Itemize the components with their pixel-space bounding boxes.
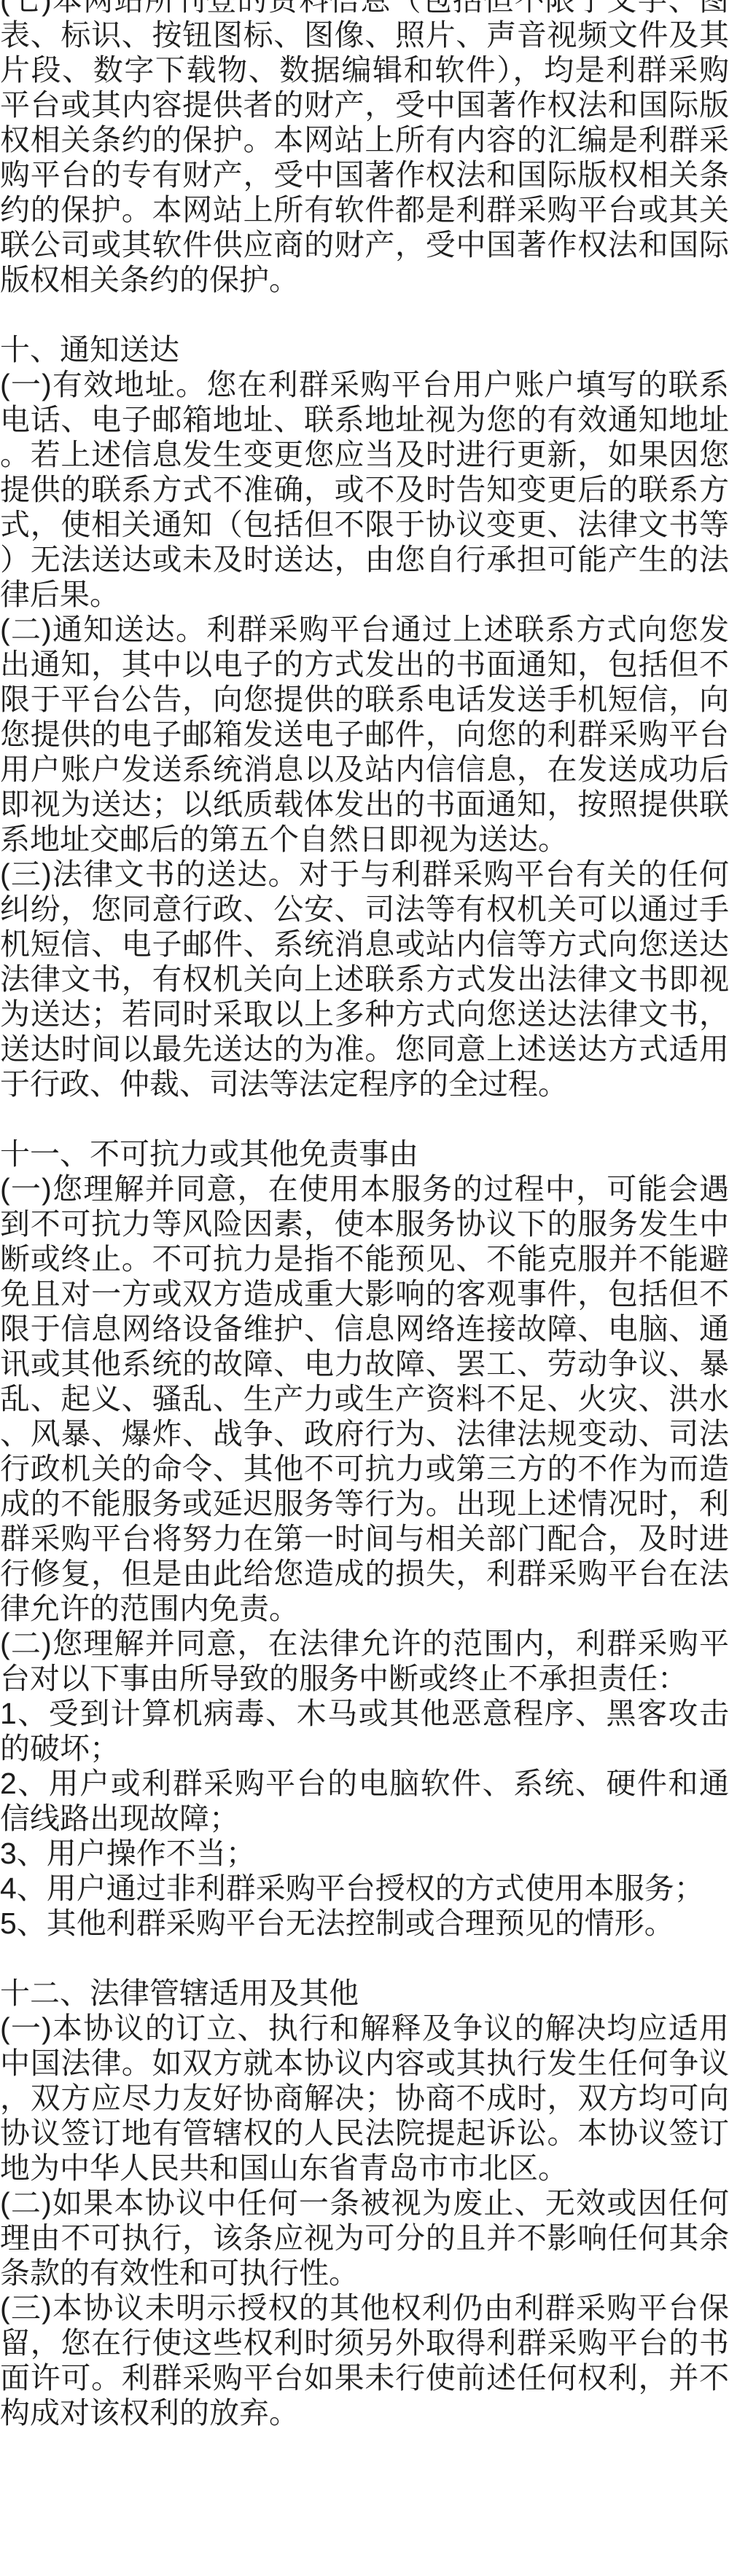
terms-list-item: 3、用户操作不当； (0, 1836, 729, 1871)
terms-paragraph: (二)您理解并同意，在法律允许的范围内，利群采购平台对以下事由所导致的服务中断或… (0, 1626, 729, 1696)
terms-list-item: 2、用户或利群采购平台的电脑软件、系统、硬件和通信线路出现故障； (0, 1766, 729, 1836)
section-heading-force-majeure: 十一、不可抗力或其他免责事由 (0, 1136, 729, 1171)
terms-page: (七)本网站所刊登的资料信息（包括但不限于文字、图表、标识、按钮图标、图像、照片… (0, 0, 729, 2576)
section-heading-notice-delivery: 十、通知送达 (0, 332, 729, 367)
terms-list-item: 4、用户通过非利群采购平台授权的方式使用本服务； (0, 1871, 729, 1906)
terms-paragraph: (二)通知送达。利群采购平台通过上述联系方式向您发出通知，其中以电子的方式发出的… (0, 612, 729, 857)
terms-paragraph: (三)法律文书的送达。对于与利群采购平台有关的任何纠纷，您同意行政、公安、司法等… (0, 857, 729, 1102)
terms-list-item: 5、其他利群采购平台无法控制或合理预见的情形。 (0, 1906, 729, 1941)
terms-paragraph: (一)您理解并同意，在使用本服务的过程中，可能会遇到不可抗力等风险因素，使本服务… (0, 1171, 729, 1626)
terms-paragraph: (三)本协议未明示授权的其他权利仍由利群采购平台保留，您在行使这些权利时须另外取… (0, 2290, 729, 2430)
section-heading-governing-law: 十二、法律管辖适用及其他 (0, 1976, 729, 2011)
terms-document: (七)本网站所刊登的资料信息（包括但不限于文字、图表、标识、按钮图标、图像、照片… (0, 0, 729, 2430)
terms-intro-paragraph: (七)本网站所刊登的资料信息（包括但不限于文字、图表、标识、按钮图标、图像、照片… (0, 0, 729, 297)
terms-list-item: 1、受到计算机病毒、木马或其他恶意程序、黑客攻击的破坏； (0, 1696, 729, 1766)
terms-paragraph: (一)本协议的订立、执行和解释及争议的解决均应适用中国法律。如双方就本协议内容或… (0, 2011, 729, 2186)
terms-paragraph: (一)有效地址。您在利群采购平台用户账户填写的联系电话、电子邮箱地址、联系地址视… (0, 367, 729, 612)
terms-paragraph: (二)如果本协议中任何一条被视为废止、无效或因任何理由不可执行，该条应视为可分的… (0, 2186, 729, 2290)
